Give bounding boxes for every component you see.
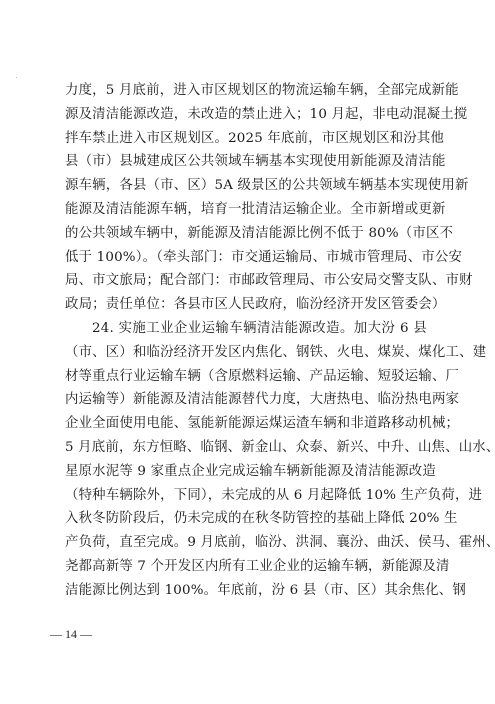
text-line: 材等重点行业运输车辆（含原燃料运输、产品运输、短驳运输、厂 xyxy=(65,365,427,389)
text-line: 入秋冬防阶段后，仍未完成的在秋冬防管控的基础上降低 20% 生 xyxy=(65,507,427,531)
text-line: 县（市）县城建成区公共领域车辆基本实现使用新能源及清洁能 xyxy=(65,150,427,174)
text-line: 企业全面使用电能、氢能新能源运煤运渣车辆和非道路移动机械； xyxy=(65,412,427,436)
text-line: 的公共领域车辆中，新能源及清洁能源比例不低于 80%（市区不 xyxy=(65,222,427,246)
text-line: 洁能源比例达到 100%。年底前，汾 6 县（市、区）其余焦化、钢 xyxy=(65,579,427,603)
document-page: 力度，5 月底前，进入市区规划区的物流运输车辆，全部完成新能 源及清洁能源改造，… xyxy=(0,0,495,704)
text-line: 星原水泥等 9 家重点企业完成运输车辆新能源及清洁能源改造 xyxy=(65,460,427,484)
text-line: 源车辆，各县（市、区）5A 级景区的公共领域车辆基本实现使用新 xyxy=(65,174,427,198)
section-heading-line: 24. 实施工业企业运输车辆清洁能源改造。加大汾 6 县 xyxy=(65,317,427,341)
page-number: — 14 — xyxy=(50,626,92,642)
scan-speck xyxy=(16,77,17,78)
text-line: 局、市文旅局；配合部门：市邮政管理局、市公安局交警支队、市财 xyxy=(65,269,427,293)
text-line: （市、区）和临汾经济开发区内焦化、钢铁、火电、煤炭、煤化工、建 xyxy=(65,341,427,365)
text-line: 拌车禁止进入市区规划区。2025 年底前，市区规划区和汾其他 xyxy=(65,127,427,151)
text-line: 5 月底前，东方恒略、临钢、新金山、众泰、新兴、中升、山焦、山水、 xyxy=(65,436,427,460)
text-line: 内运输等）新能源及清洁能源替代力度，大唐热电、临汾热电两家 xyxy=(65,388,427,412)
text-line: 尧都高新等 7 个开发区内所有工业企业的运输车辆，新能源及清 xyxy=(65,555,427,579)
text-line: 低于 100%）。（牵头部门：市交通运输局、市城市管理局、市公安 xyxy=(65,246,427,270)
text-line: 能源及清洁能源车辆，培育一批清洁运输企业。全市新增或更新 xyxy=(65,198,427,222)
text-line: 源及清洁能源改造，未改造的禁止进入；10 月起，非电动混凝土搅 xyxy=(65,103,427,127)
text-line: 产负荷，直至完成。9 月底前，临汾、洪洞、襄汾、曲沃、侯马、霍州、 xyxy=(65,531,427,555)
body-text: 力度，5 月底前，进入市区规划区的物流运输车辆，全部完成新能 源及清洁能源改造，… xyxy=(65,79,427,603)
text-line: 力度，5 月底前，进入市区规划区的物流运输车辆，全部完成新能 xyxy=(65,79,427,103)
text-line: （特种车辆除外，下同），未完成的从 6 月起降低 10% 生产负荷，进 xyxy=(65,484,427,508)
text-line: 政局；责任单位：各县市区人民政府，临汾经济开发区管委会） xyxy=(65,293,427,317)
